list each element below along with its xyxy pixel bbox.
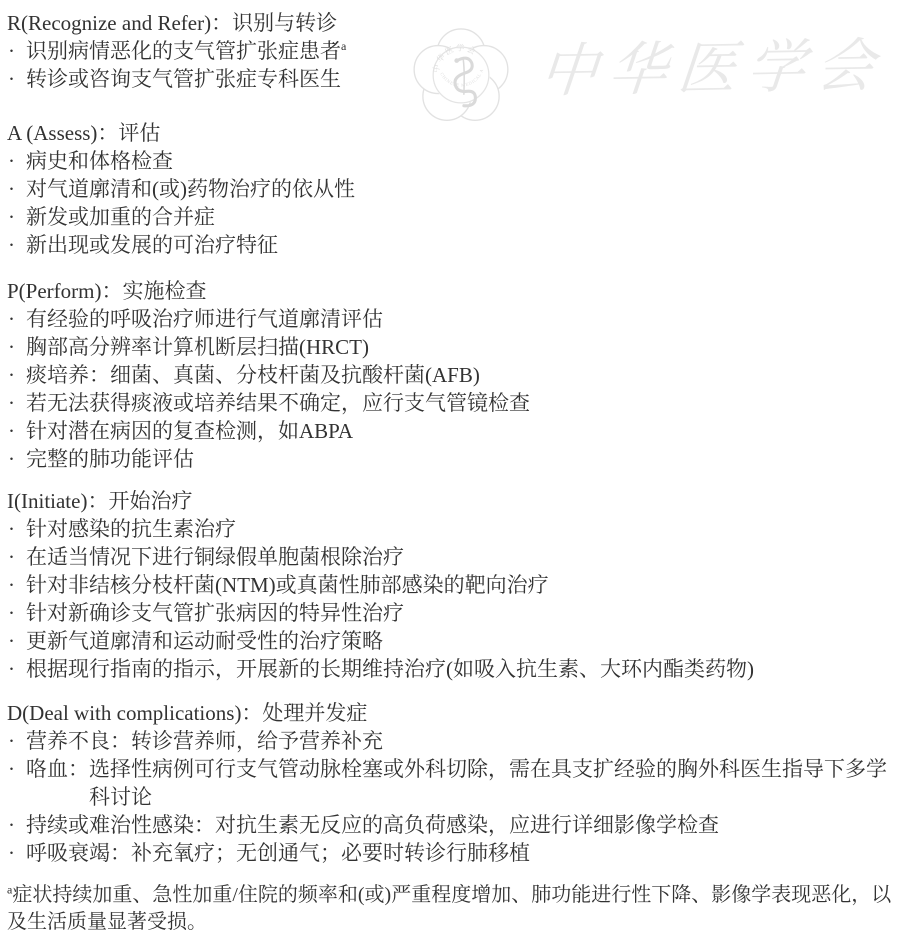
item-text: 针对新确诊支气管扩张病因的特异性治疗: [26, 601, 404, 625]
section-header-assess: A (Assess)：评估: [7, 119, 893, 147]
item-text: 完整的肺功能评估: [26, 447, 194, 471]
bullet-item: ·胸部高分辨率计算机断层扫描(HRCT): [7, 333, 893, 361]
item-text: 转诊或咨询支气管扩张症专科医生: [26, 67, 341, 91]
bullet-item: ·对气道廓清和(或)药物治疗的依从性: [7, 175, 893, 203]
bullet-dot: ·: [7, 231, 26, 259]
section-deal-with-complications: D(Deal with complications)：处理并发症 ·营养不良：转…: [7, 699, 893, 867]
item-text: 痰培养：细菌、真菌、分枝杆菌及抗酸杆菌(AFB): [26, 363, 480, 387]
bullet-dot: ·: [7, 755, 26, 783]
bullet-dot: ·: [7, 839, 26, 867]
bullet-dot: ·: [7, 627, 26, 655]
item-text: 针对潜在病因的复查检测，如ABPA: [26, 419, 353, 443]
bullet-item: ·更新气道廓清和运动耐受性的治疗策略: [7, 627, 893, 655]
bullet-dot: ·: [7, 445, 26, 473]
item-text: 识别病情恶化的支气管扩张症患者: [26, 39, 341, 63]
section-header-recognize-refer: R(Recognize and Refer)：识别与转诊: [7, 9, 893, 37]
item-text: 持续或难治性感染：对抗生素无反应的高负荷感染，应进行详细影像学检查: [26, 813, 719, 837]
bullet-item: ·痰培养：细菌、真菌、分枝杆菌及抗酸杆菌(AFB): [7, 361, 893, 389]
bullet-dot: ·: [7, 417, 26, 445]
section-recognize-refer: R(Recognize and Refer)：识别与转诊 ·识别病情恶化的支气管…: [7, 9, 893, 93]
bullet-item: ·针对新确诊支气管扩张病因的特异性治疗: [7, 599, 893, 627]
bullet-item: ·新出现或发展的可治疗特征: [7, 231, 893, 259]
item-text: 病史和体格检查: [26, 149, 173, 173]
bullet-dot: ·: [7, 727, 26, 755]
bullet-item: ·完整的肺功能评估: [7, 445, 893, 473]
bullet-dot: ·: [7, 175, 26, 203]
bullet-dot: ·: [7, 811, 26, 839]
bullet-item: ·病史和体格检查: [7, 147, 893, 175]
section-header-deal-with-complications: D(Deal with complications)：处理并发症: [7, 699, 893, 727]
item-text: 对气道廓清和(或)药物治疗的依从性: [26, 177, 355, 201]
bullet-dot: ·: [7, 65, 26, 93]
item-text: 针对非结核分枝杆菌(NTM)或真菌性肺部感染的靶向治疗: [26, 573, 549, 597]
bullet-dot: ·: [7, 305, 26, 333]
rapid-framework-text: R(Recognize and Refer)：识别与转诊 ·识别病情恶化的支气管…: [7, 9, 893, 934]
bullet-dot: ·: [7, 389, 26, 417]
bullet-item: ·若无法获得痰液或培养结果不确定，应行支气管镜检查: [7, 389, 893, 417]
footnote: a症状持续加重、急性加重/住院的频率和(或)严重程度增加、肺功能进行性下降、影像…: [7, 882, 893, 934]
bullet-item-hemoptysis: ·咯血：选择性病例可行支气管动脉栓塞或外科切除，需在具支扩经验的胸外科医生指导下…: [7, 755, 893, 811]
footnote-ref-a: a: [341, 39, 346, 53]
bullet-dot: ·: [7, 655, 26, 683]
bullet-dot: ·: [7, 147, 26, 175]
bullet-item: ·针对非结核分枝杆菌(NTM)或真菌性肺部感染的靶向治疗: [7, 571, 893, 599]
item-text: 呼吸衰竭：补充氧疗；无创通气；必要时转诊行肺移植: [26, 841, 530, 865]
bullet-item: ·识别病情恶化的支气管扩张症患者a: [7, 37, 893, 65]
bullet-dot: ·: [7, 361, 26, 389]
bullet-dot: ·: [7, 543, 26, 571]
bullet-dot: ·: [7, 571, 26, 599]
section-header-initiate: I(Initiate)：开始治疗: [7, 487, 893, 515]
section-header-perform: P(Perform)：实施检查: [7, 277, 893, 305]
bullet-item: ·根据现行指南的指示，开展新的长期维持治疗(如吸入抗生素、大环内酯类药物): [7, 655, 893, 683]
bullet-dot: ·: [7, 333, 26, 361]
item-text: 新出现或发展的可治疗特征: [26, 233, 278, 257]
section-perform: P(Perform)：实施检查 ·有经验的呼吸治疗师进行气道廓清评估 ·胸部高分…: [7, 277, 893, 473]
item-text: 营养不良：转诊营养师，给予营养补充: [26, 729, 383, 753]
bullet-dot: ·: [7, 599, 26, 627]
bullet-item: ·持续或难治性感染：对抗生素无反应的高负荷感染，应进行详细影像学检查: [7, 811, 893, 839]
item-text: 针对感染的抗生素治疗: [26, 517, 236, 541]
item-label: 咯血：: [26, 755, 89, 783]
item-text: 胸部高分辨率计算机断层扫描(HRCT): [26, 335, 369, 359]
item-text: 根据现行指南的指示，开展新的长期维持治疗(如吸入抗生素、大环内酯类药物): [26, 657, 754, 681]
bullet-item: ·在适当情况下进行铜绿假单胞菌根除治疗: [7, 543, 893, 571]
bullet-dot: ·: [7, 203, 26, 231]
item-text: 新发或加重的合并症: [26, 205, 215, 229]
section-initiate: I(Initiate)：开始治疗 ·针对感染的抗生素治疗 ·在适当情况下进行铜绿…: [7, 487, 893, 683]
footnote-text: 症状持续加重、急性加重/住院的频率和(或)严重程度增加、肺功能进行性下降、影像学…: [7, 884, 891, 933]
bullet-item: ·有经验的呼吸治疗师进行气道廓清评估: [7, 305, 893, 333]
bullet-item: ·呼吸衰竭：补充氧疗；无创通气；必要时转诊行肺移植: [7, 839, 893, 867]
document-page: 中华医学会 CHINESE MEDICAL ASSOCIATION 中华医学会 …: [0, 0, 897, 934]
item-text: 选择性病例可行支气管动脉栓塞或外科切除，需在具支扩经验的胸外科医生指导下多学科讨…: [89, 755, 893, 811]
bullet-item: ·转诊或咨询支气管扩张症专科医生: [7, 65, 893, 93]
item-text: 有经验的呼吸治疗师进行气道廓清评估: [26, 307, 383, 331]
item-text: 在适当情况下进行铜绿假单胞菌根除治疗: [26, 545, 404, 569]
bullet-item: ·针对感染的抗生素治疗: [7, 515, 893, 543]
bullet-item: ·营养不良：转诊营养师，给予营养补充: [7, 727, 893, 755]
item-text: 若无法获得痰液或培养结果不确定，应行支气管镜检查: [26, 391, 530, 415]
item-text: 更新气道廓清和运动耐受性的治疗策略: [26, 629, 383, 653]
bullet-item: ·针对潜在病因的复查检测，如ABPA: [7, 417, 893, 445]
section-assess: A (Assess)：评估 ·病史和体格检查 ·对气道廓清和(或)药物治疗的依从…: [7, 119, 893, 259]
bullet-dot: ·: [7, 37, 26, 65]
bullet-item: ·新发或加重的合并症: [7, 203, 893, 231]
bullet-dot: ·: [7, 515, 26, 543]
